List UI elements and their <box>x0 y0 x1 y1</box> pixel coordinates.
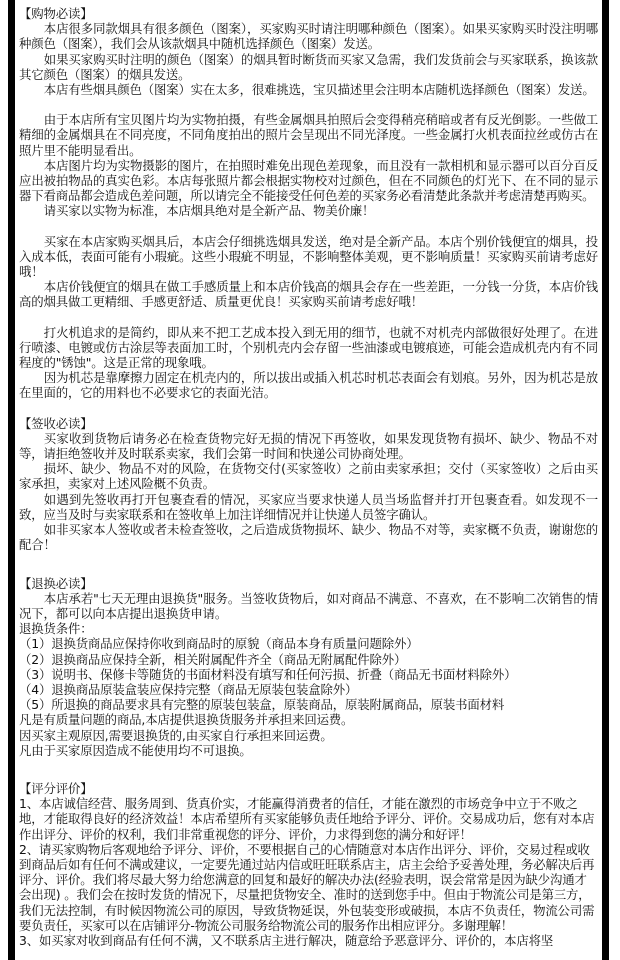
signing-para-4: 如非买家本人签收或者未检查签收，之后造成货物损坏、缺少、物品不对等，卖家概不负责… <box>19 522 598 552</box>
section-title-shopping: 【购物必读】 <box>19 6 598 21</box>
section-title-signing: 【签收必读】 <box>19 416 598 431</box>
spacer <box>19 758 598 773</box>
section-shopping: 【购物必读】 本店很多同款烟具有很多颜色（图案），买家购买时请注明哪种颜色（图案… <box>19 6 598 401</box>
shopping-para-1: 本店很多同款烟具有很多颜色（图案），买家购买时请注明哪种颜色（图案）。如果买家购… <box>19 21 598 51</box>
section-returns: 【退换必读】 本店承若"七天无理由退换货"服务。当签收货物后，如对商品不满意、不… <box>19 576 598 758</box>
notice-content: 【购物必读】 本店很多同款烟具有很多颜色（图案），买家购买时请注明哪种颜色（图案… <box>15 0 602 948</box>
section-rating: 【评分评价】 1、本店诚信经营、服务周到、货真价实，才能赢得消费者的信任，才能在… <box>19 781 598 948</box>
photo-para-3: 请买家以实物为标准，本店烟具绝对是全新产品、物美价廉！ <box>19 203 598 218</box>
shopping-para-3: 本店有些烟具颜色（图案）实在太多，很难挑选，宝贝描述里会注明本店随机选择颜色（图… <box>19 82 598 97</box>
signing-para-3: 如遇到先签收再打开包裹查看的情况，买家应当要求快递人员当场监督并打开包裹查看。如… <box>19 492 598 522</box>
shopping-para-2: 如果买家购买时注明的颜色（图案）的烟具暂时断货而买家又急需，我们发货前会与买家联… <box>19 52 598 82</box>
signing-para-2: 损坏、缺少、物品不对的风险，在货物交付(买家签收）之前由卖家承担；交付（买家签收… <box>19 461 598 491</box>
returns-condition: （4）退换商品原装盒装应保持完整（商品无原装包装盒除外） <box>19 682 598 697</box>
section-title-returns: 【退换必读】 <box>19 576 598 591</box>
returns-condition: （1）退换货商品应保持你收到商品时的原貌（商品本身有质量问题除外） <box>19 636 598 651</box>
photo-para-1: 由于本店所有宝贝图片均为实物拍摄，有些金属烟具拍照后会变得稍亮稍暗或者有反光倒影… <box>19 112 598 158</box>
lighter-para-2: 因为机芯是靠摩擦力固定在机壳内的，所以拔出或插入机芯时机芯表面会有划痕。另外，因… <box>19 370 598 400</box>
spacer <box>19 219 598 234</box>
rating-item-3: 3、如买家对收到商品有任何不满，又不联系店主进行解决，随意给予恶意评分、评价的，… <box>19 933 598 948</box>
spacer <box>19 773 598 781</box>
section-title-rating: 【评分评价】 <box>19 781 598 796</box>
spacer <box>19 553 598 568</box>
returns-condition: （5）所退换的商品要求具有完整的原装包装盒，原装商品，原装附属商品，原装书面材料 <box>19 697 598 712</box>
returns-condition: （3）说明书、保修卡等随货的书面材料没有填写和任何污损、折叠（商品无书面材料除外… <box>19 667 598 682</box>
spacer <box>19 568 598 576</box>
spacer <box>19 97 598 112</box>
signing-para-1: 买家收到货物后请务必在检查货物完好无损的情况下再签收，如果发现货物有损坏、缺少、… <box>19 431 598 461</box>
returns-condition: （2）退换商品应保持全新，相关附属配件齐全（商品无附属配件除外） <box>19 652 598 667</box>
returns-conditions-label: 退换货条件： <box>19 621 598 636</box>
photo-para-2: 本店图片均为实物摄影的图片，在拍照时难免出现色差现象，而且没有一款相机和显示器可… <box>19 158 598 204</box>
returns-intro: 本店承若"七天无理由退换货"服务。当签收货物后，如对商品不满意、不喜欢，在不影响… <box>19 591 598 621</box>
spacer <box>19 310 598 325</box>
quality-para-1: 买家在本店家购买烟具后，本店会仔细挑选烟具发送，绝对是全新产品。本店个别价钱便宜… <box>19 234 598 280</box>
rating-item-1: 1、本店诚信经营、服务周到、货真价实，才能赢得消费者的信任，才能在激烈的市场竞争… <box>19 796 598 842</box>
spacer <box>19 401 598 416</box>
quality-para-2: 本店价钱便宜的烟具在做工手感质量上和本店价钱高的烟具会存在一些差距，一分钱一分货… <box>19 279 598 309</box>
lighter-para-1: 打火机追求的是简约，即从来不把工艺成本投入到无用的细节，也就不对机壳内部做很好处… <box>19 325 598 371</box>
returns-note: 因买家主观原因,需要退换货的,由买家自行承担来回运费。 <box>19 728 598 743</box>
returns-note: 凡是有质量问题的商品,本店提供退换货服务并承担来回运费。 <box>19 712 598 727</box>
section-signing: 【签收必读】 买家收到货物后请务必在检查货物完好无损的情况下再签收，如果发现货物… <box>19 416 598 553</box>
returns-note: 凡由于买家原因造成不能使用均不可退换。 <box>19 743 598 758</box>
notice-document-frame: 【购物必读】 本店很多同款烟具有很多颜色（图案），买家购买时请注明哪种颜色（图案… <box>8 0 609 960</box>
rating-item-2: 2、请买家购物后客观地给予评分、评价，不要根据自己的心情随意对本店作出评分、评价… <box>19 842 598 933</box>
